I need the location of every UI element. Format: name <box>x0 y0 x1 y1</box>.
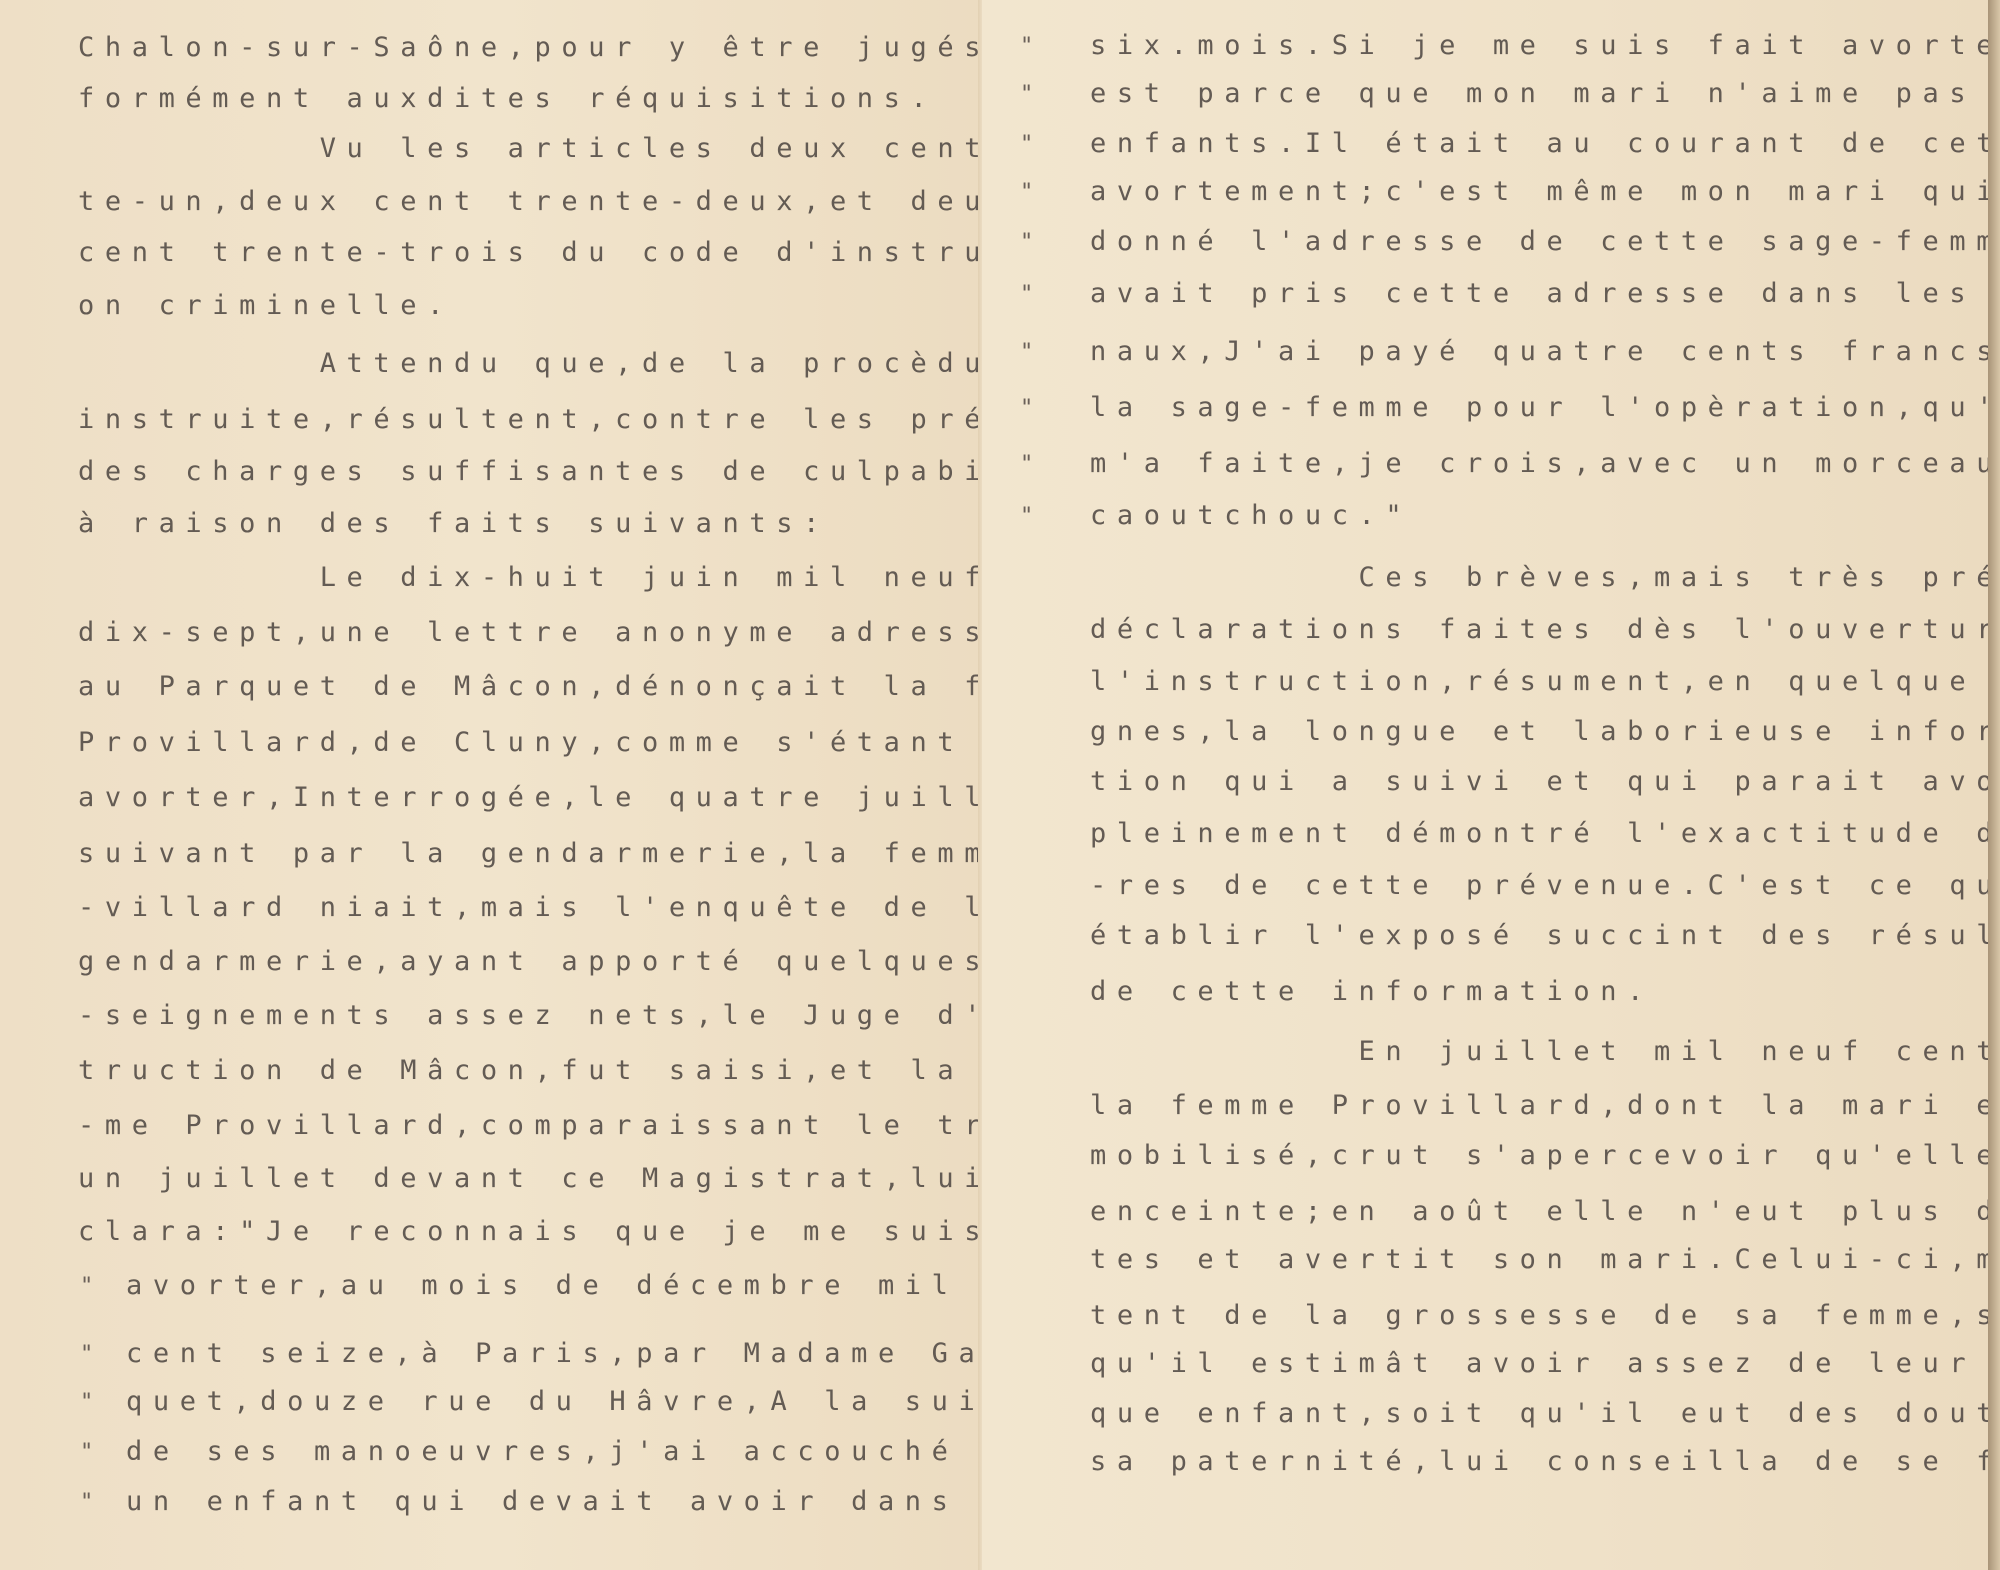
text-line: de cette information. <box>1090 976 1654 1007</box>
text-line: clara:"Je reconnais que je me suis fait <box>78 1216 1125 1247</box>
text-line: Vu les articles deux cent tren <box>78 133 1125 164</box>
text-line: enceinte;en août elle n'eut plus de dou <box>1090 1196 2000 1227</box>
text-line: établir l'exposé succint des résultats <box>1090 920 2000 951</box>
text-line: -seignements assez nets,le Juge d'ins- <box>78 1000 1099 1031</box>
ditto-mark: " <box>1020 396 1033 421</box>
text-line: Provillard,de Cluny,comme s'étant fait <box>78 727 1099 758</box>
text-line: Chalon-sur-Saône,pour y être jugés con <box>78 32 1099 63</box>
text-line: pleinement démontré l'exactitude des di- <box>1090 818 2000 849</box>
ditto-mark: " <box>1020 452 1033 477</box>
text-line: gnes,la longue et laborieuse informa- <box>1090 716 2000 747</box>
text-line: tion qui a suivi et qui parait avoir <box>1090 766 2000 797</box>
text-line: En juillet mil neuf cent seize <box>1090 1036 2000 1067</box>
text-line: est parce que mon mari n'aime pas les <box>1090 78 2000 109</box>
ditto-mark: " <box>1020 282 1033 307</box>
text-line: te-un,deux cent trente-deux,et deux <box>78 186 1018 217</box>
text-line: formément auxdites réquisitions. <box>78 83 937 114</box>
text-line: Attendu que,de la procèdure i <box>78 348 1099 379</box>
text-line: l'instruction,résument,en quelque li- <box>1090 666 2000 697</box>
text-line: m'a faite,je crois,avec un morceau de <box>1090 448 2000 479</box>
text-line: un juillet devant ce Magistrat,lui dé- <box>78 1163 1099 1194</box>
ditto-mark: " <box>1020 34 1033 59</box>
text-line: un enfant qui devait avoir dans les <box>126 1486 1066 1517</box>
ditto-mark: " <box>1020 230 1033 255</box>
text-line: dix-sept,une lettre anonyme adressée- <box>78 617 1072 648</box>
ditto-mark: " <box>80 1274 93 1299</box>
text-line: avortement;c'est même mon mari qui m'a <box>1090 176 2000 207</box>
text-line: -me Provillard,comparaissant le trente <box>78 1110 1099 1141</box>
text-line: à raison des faits suivants: <box>78 508 830 539</box>
text-line: tes et avertit son mari.Celui-ci,mécon- <box>1090 1244 2000 1275</box>
text-line: gendarmerie,ayant apporté quelques ren <box>78 946 1099 977</box>
page-edge <box>1988 0 2000 1570</box>
text-line: tent de la grossesse de sa femme,soit <box>1090 1300 2000 1331</box>
text-line: des charges suffisantes de culpabilité <box>78 456 1099 487</box>
text-line: mobilisé,crut s'apercevoir qu'elle était <box>1090 1140 2000 1171</box>
text-line: Le dix-huit juin mil neuf cent <box>78 562 1125 593</box>
text-line: sa paternité,lui conseilla de se faire, <box>1090 1446 2000 1477</box>
text-line: qu'il estimât avoir assez de leur uni- <box>1090 1348 2000 1379</box>
text-line: six.mois.Si je me suis fait avorter,c' <box>1090 30 2000 61</box>
text-line: la sage-femme pour l'opèration,qu'elle <box>1090 392 2000 423</box>
text-line: déclarations faites dès l'ouverture de <box>1090 614 2000 645</box>
ditto-mark: " <box>1020 132 1033 157</box>
ditto-mark: " <box>80 1490 93 1515</box>
text-line: suivant par la gendarmerie,la femme Pro <box>78 838 1125 869</box>
text-line: -res de cette prévenue.C'est ce que va <box>1090 870 2000 901</box>
text-line: Ces brèves,mais très précises <box>1090 562 2000 593</box>
right-page: "six.mois.Si je me suis fait avorter,c'"… <box>982 0 1988 1570</box>
text-line: enfants.Il était au courant de cet <box>1090 128 2000 159</box>
text-line: au Parquet de Mâcon,dénonçait la femme <box>78 671 1099 702</box>
text-line: la femme Provillard,dont la mari est <box>1090 1090 2000 1121</box>
text-line: donné l'adresse de cette sage-femme,Il <box>1090 226 2000 257</box>
text-line: caoutchouc." <box>1090 500 1412 531</box>
text-line: quet,douze rue du Hâvre,A la suite <box>126 1386 1039 1417</box>
text-line: avait pris cette adresse dans les jour <box>1090 278 2000 309</box>
ditto-mark: " <box>80 1440 93 1465</box>
ditto-mark: " <box>1020 180 1033 205</box>
text-line: -villard niait,mais l'enquête de la <box>78 892 1018 923</box>
text-line: avorter,au mois de décembre mil neuf <box>126 1270 1093 1301</box>
ditto-mark: " <box>1020 82 1033 107</box>
ditto-mark: " <box>1020 340 1033 365</box>
text-line: avorter,Interrogée,le quatre juillet <box>78 782 1045 813</box>
document-spread: Chalon-sur-Saône,pour y être jugés confo… <box>0 0 2000 1570</box>
ditto-mark: " <box>1020 504 1033 529</box>
left-page: Chalon-sur-Saône,pour y être jugés confo… <box>0 0 982 1570</box>
ditto-mark: " <box>80 1342 93 1367</box>
text-line: naux,J'ai payé quatre cents francs à <box>1090 336 2000 367</box>
ditto-mark: " <box>80 1390 93 1415</box>
text-line: on criminelle. <box>78 290 454 321</box>
text-line: cent seize,à Paris,par Madame Gas- <box>126 1338 1039 1369</box>
text-line: que enfant,soit qu'il eut des doutes sur <box>1090 1398 2000 1429</box>
text-line: de ses manoeuvres,j'ai accouché d' <box>126 1436 1039 1467</box>
text-line: cent trente-trois du code d'instructi- <box>78 237 1099 268</box>
text-line: truction de Mâcon,fut saisi,et la fem <box>78 1055 1072 1086</box>
